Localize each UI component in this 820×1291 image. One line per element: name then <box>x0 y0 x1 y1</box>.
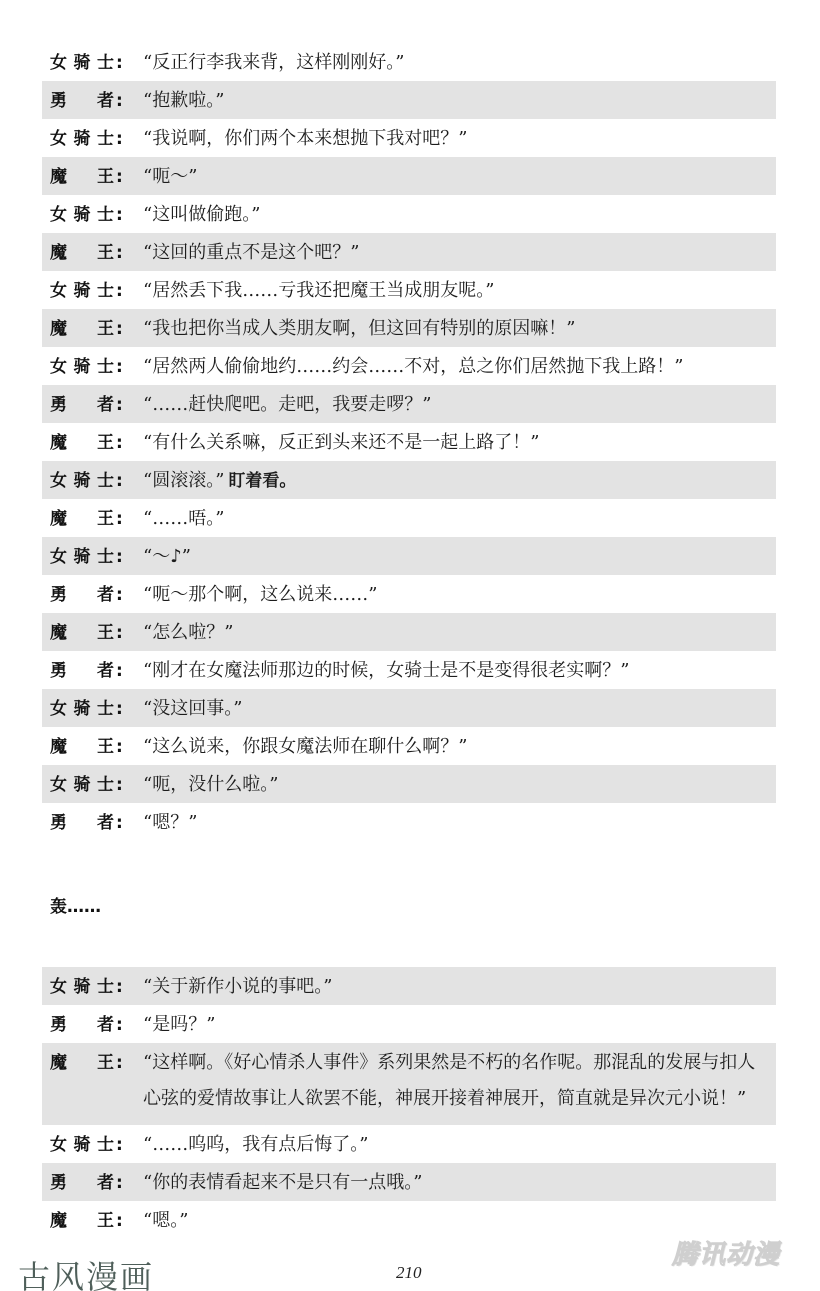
speaker-char: 士 <box>97 279 114 303</box>
speaker-char: 士 <box>97 51 114 75</box>
watermark-logo: 腾讯动漫 <box>672 1234 800 1266</box>
speaker-char: 勇 <box>50 659 67 683</box>
speaker-char: 王 <box>97 507 114 531</box>
speaker-label: 勇者: <box>42 583 143 607</box>
speaker-colon: : <box>116 127 123 151</box>
speaker-label: 勇者: <box>42 659 143 683</box>
speaker-char: 骑 <box>74 545 91 569</box>
speaker-label: 女骑士: <box>42 1133 143 1157</box>
speaker-label: 女骑士: <box>42 697 143 721</box>
speaker-char: 魔 <box>50 507 67 531</box>
speaker-colon: : <box>116 697 123 721</box>
speaker-char: 骑 <box>74 279 91 303</box>
speaker-label: 勇者: <box>42 1013 143 1037</box>
dialogue-line: “没这回事。” <box>143 697 776 721</box>
dialogue-block-2: 女骑士:“关于新作小说的事吧。”勇者:“是吗？”魔王:“这样啊。《好心情杀人事件… <box>42 967 776 1239</box>
speaker-name: 魔王 <box>50 431 114 455</box>
speaker-char: 士 <box>97 203 114 227</box>
speaker-colon: : <box>116 241 123 265</box>
speaker-colon: : <box>116 1051 123 1075</box>
dialogue-line: “～♪” <box>143 545 776 569</box>
speaker-colon: : <box>116 393 123 417</box>
speaker-name: 女骑士 <box>50 975 114 999</box>
speaker-char: 者 <box>97 1171 114 1195</box>
dialogue-text: “你的表情看起来不是只有一点哦。” <box>143 1172 422 1193</box>
dialogue-line: “嗯？” <box>143 811 776 835</box>
speaker-colon: : <box>116 431 123 455</box>
speaker-name: 魔王 <box>50 735 114 759</box>
speaker-char: 者 <box>97 811 114 835</box>
speaker-label: 勇者: <box>42 1171 143 1195</box>
speaker-char: 魔 <box>50 165 67 189</box>
dialogue-line: “这叫做偷跑。” <box>143 203 776 227</box>
speaker-char: 女 <box>50 355 67 379</box>
dialogue-row: 女骑士:“居然丢下我……亏我还把魔王当成朋友呢。” <box>42 271 776 309</box>
dialogue-line: “反正行李我来背，这样刚刚好。” <box>143 51 776 75</box>
speaker-char: 勇 <box>50 811 67 835</box>
speaker-name: 魔王 <box>50 507 114 531</box>
speaker-label: 勇者: <box>42 393 143 417</box>
speaker-colon: : <box>116 975 123 999</box>
speaker-name: 魔王 <box>50 1209 114 1233</box>
dialogue-line: “呃，没什么啦。” <box>143 773 776 797</box>
speaker-label: 勇者: <box>42 811 143 835</box>
dialogue-text: “居然两人偷偷地约……约会……不对，总之你们居然抛下我上路！” <box>143 356 683 377</box>
dialogue-line: “圆滚滚。”盯着看。 <box>143 469 776 493</box>
speaker-char: 女 <box>50 203 67 227</box>
speaker-name: 女骑士 <box>50 355 114 379</box>
dialogue-text: “刚才在女魔法师那边的时候，女骑士是不是变得很老实啊？” <box>143 660 629 681</box>
speaker-name: 勇者 <box>50 1013 114 1037</box>
dialogue-row: 勇者:“你的表情看起来不是只有一点哦。” <box>42 1163 776 1201</box>
speaker-char: 王 <box>97 165 114 189</box>
dialogue-text: “这样啊。《好心情杀人事件》系列果然是不朽的名作呢。那混乱的发展与扣人心弦的爱情… <box>143 1052 755 1109</box>
speaker-char: 王 <box>97 621 114 645</box>
speaker-char: 女 <box>50 975 67 999</box>
speaker-char: 王 <box>97 735 114 759</box>
speaker-char: 骑 <box>74 697 91 721</box>
dialogue-text: “没这回事。” <box>143 698 242 719</box>
speaker-char: 女 <box>50 697 67 721</box>
speaker-colon: : <box>116 1013 123 1037</box>
speaker-char: 骑 <box>74 975 91 999</box>
speaker-colon: : <box>116 1171 123 1195</box>
speaker-label: 女骑士: <box>42 975 143 999</box>
speaker-colon: : <box>116 621 123 645</box>
speaker-char: 士 <box>97 697 114 721</box>
dialogue-text: “这回的重点不是这个吧？” <box>143 242 359 263</box>
speaker-name: 魔王 <box>50 1051 114 1075</box>
speaker-char: 士 <box>97 469 114 493</box>
speaker-char: 女 <box>50 279 67 303</box>
dialogue-text: “有什么关系嘛，反正到头来还不是一起上路了！” <box>143 432 539 453</box>
dialogue-line: “是吗？” <box>143 1013 776 1037</box>
dialogue-row: 女骑士:“圆滚滚。”盯着看。 <box>42 461 776 499</box>
dialogue-row: 女骑士:“居然两人偷偷地约……约会……不对，总之你们居然抛下我上路！” <box>42 347 776 385</box>
dialogue-text: “反正行李我来背，这样刚刚好。” <box>143 52 404 73</box>
dialogue-text: “呃～那个啊，这么说来……” <box>143 584 377 605</box>
speaker-label: 魔王: <box>42 735 143 759</box>
speaker-char: 王 <box>97 317 114 341</box>
dialogue-text: “……唔。” <box>143 508 224 529</box>
speaker-colon: : <box>116 773 123 797</box>
speaker-char: 王 <box>97 1051 114 1075</box>
dialogue-row: 魔王:“这么说来，你跟女魔法师在聊什么啊？” <box>42 727 776 765</box>
speaker-label: 女骑士: <box>42 355 143 379</box>
dialogue-row: 勇者:“……赶快爬吧。走吧，我要走啰？” <box>42 385 776 423</box>
dialogue-row: 勇者:“是吗？” <box>42 1005 776 1043</box>
speaker-char: 者 <box>97 89 114 113</box>
dialogue-row: 魔王:“这回的重点不是这个吧？” <box>42 233 776 271</box>
speaker-char: 魔 <box>50 735 67 759</box>
speaker-char: 魔 <box>50 1051 67 1075</box>
speaker-label: 魔王: <box>42 431 143 455</box>
speaker-char: 骑 <box>74 51 91 75</box>
dialogue-text: “～♪” <box>143 546 191 567</box>
dialogue-text: “居然丢下我……亏我还把魔王当成朋友呢。” <box>143 280 494 301</box>
dialogue-line: “抱歉啦。” <box>143 89 776 113</box>
narration-text: 轰…… <box>42 841 776 967</box>
page-number: 210 <box>396 1263 422 1283</box>
speaker-char: 勇 <box>50 89 67 113</box>
speaker-colon: : <box>116 507 123 531</box>
speaker-colon: : <box>116 1209 123 1233</box>
speaker-name: 女骑士 <box>50 1133 114 1157</box>
document-page: 女骑士:“反正行李我来背，这样刚刚好。”勇者:“抱歉啦。”女骑士:“我说啊，你们… <box>42 43 776 1239</box>
dialogue-line: “嗯。” <box>143 1209 776 1233</box>
dialogue-row: 女骑士:“……呜呜，我有点后悔了。” <box>42 1125 776 1163</box>
speaker-colon: : <box>116 583 123 607</box>
speaker-char: 魔 <box>50 241 67 265</box>
dialogue-row: 女骑士:“没这回事。” <box>42 689 776 727</box>
speaker-char: 士 <box>97 127 114 151</box>
speaker-char: 女 <box>50 51 67 75</box>
speaker-char: 士 <box>97 355 114 379</box>
speaker-char: 女 <box>50 545 67 569</box>
speaker-name: 女骑士 <box>50 773 114 797</box>
dialogue-row: 女骑士:“我说啊，你们两个本来想抛下我对吧？” <box>42 119 776 157</box>
speaker-char: 士 <box>97 1133 114 1157</box>
speaker-char: 王 <box>97 431 114 455</box>
speaker-colon: : <box>116 89 123 113</box>
speaker-char: 者 <box>97 659 114 683</box>
speaker-char: 女 <box>50 1133 67 1157</box>
speaker-colon: : <box>116 317 123 341</box>
dialogue-line: “刚才在女魔法师那边的时候，女骑士是不是变得很老实啊？” <box>143 659 776 683</box>
dialogue-text: “……赶快爬吧。走吧，我要走啰？” <box>143 394 431 415</box>
dialogue-line: “关于新作小说的事吧。” <box>143 975 776 999</box>
dialogue-line: “居然两人偷偷地约……约会……不对，总之你们居然抛下我上路！” <box>143 355 776 379</box>
speaker-char: 女 <box>50 127 67 151</box>
speaker-label: 女骑士: <box>42 469 143 493</box>
dialogue-line: “这回的重点不是这个吧？” <box>143 241 776 265</box>
speaker-name: 勇者 <box>50 659 114 683</box>
dialogue-row: 勇者:“呃～那个啊，这么说来……” <box>42 575 776 613</box>
dialogue-line: “我说啊，你们两个本来想抛下我对吧？” <box>143 127 776 151</box>
dialogue-row: 女骑士:“～♪” <box>42 537 776 575</box>
speaker-char: 女 <box>50 469 67 493</box>
speaker-char: 勇 <box>50 1013 67 1037</box>
speaker-colon: : <box>116 355 123 379</box>
speaker-char: 骑 <box>74 355 91 379</box>
speaker-char: 骑 <box>74 469 91 493</box>
speaker-char: 骑 <box>74 127 91 151</box>
speaker-name: 女骑士 <box>50 51 114 75</box>
dialogue-text: “怎么啦？” <box>143 622 233 643</box>
brand-logo: 古风漫画 <box>18 1252 154 1291</box>
speaker-char: 者 <box>97 393 114 417</box>
dialogue-text: “嗯。” <box>143 1210 188 1231</box>
speaker-label: 女骑士: <box>42 545 143 569</box>
speaker-colon: : <box>116 735 123 759</box>
dialogue-text: “我也把你当成人类朋友啊，但这回有特别的原因嘛！” <box>143 318 575 339</box>
speaker-char: 王 <box>97 241 114 265</box>
speaker-label: 魔王: <box>42 1209 143 1233</box>
speaker-label: 女骑士: <box>42 773 143 797</box>
dialogue-text: “这叫做偷跑。” <box>143 204 260 225</box>
dialogue-line: “……呜呜，我有点后悔了。” <box>143 1133 776 1157</box>
dialogue-text: “这么说来，你跟女魔法师在聊什么啊？” <box>143 736 467 757</box>
speaker-colon: : <box>116 545 123 569</box>
speaker-colon: : <box>116 165 123 189</box>
speaker-char: 魔 <box>50 1209 67 1233</box>
dialogue-text: “嗯？” <box>143 812 197 833</box>
speaker-char: 者 <box>97 1013 114 1037</box>
speaker-name: 勇者 <box>50 1171 114 1195</box>
dialogue-row: 魔王:“怎么啦？” <box>42 613 776 651</box>
speaker-name: 女骑士 <box>50 697 114 721</box>
dialogue-row: 勇者:“抱歉啦。” <box>42 81 776 119</box>
dialogue-line: “居然丢下我……亏我还把魔王当成朋友呢。” <box>143 279 776 303</box>
speaker-name: 魔王 <box>50 165 114 189</box>
speaker-name: 勇者 <box>50 393 114 417</box>
emphasis-text: 盯着看。 <box>228 471 296 491</box>
speaker-name: 魔王 <box>50 621 114 645</box>
dialogue-text: “……呜呜，我有点后悔了。” <box>143 1134 368 1155</box>
dialogue-row: 魔王:“有什么关系嘛，反正到头来还不是一起上路了！” <box>42 423 776 461</box>
dialogue-row: 勇者:“嗯？” <box>42 803 776 841</box>
speaker-colon: : <box>116 659 123 683</box>
speaker-label: 魔王: <box>42 621 143 645</box>
speaker-label: 女骑士: <box>42 127 143 151</box>
speaker-label: 女骑士: <box>42 51 143 75</box>
speaker-char: 士 <box>97 773 114 797</box>
dialogue-line: “这样啊。《好心情杀人事件》系列果然是不朽的名作呢。那混乱的发展与扣人心弦的爱情… <box>143 1045 776 1117</box>
speaker-char: 魔 <box>50 317 67 341</box>
speaker-colon: : <box>116 203 123 227</box>
speaker-name: 魔王 <box>50 317 114 341</box>
dialogue-line: “怎么啦？” <box>143 621 776 645</box>
dialogue-row: 女骑士:“反正行李我来背，这样刚刚好。” <box>42 43 776 81</box>
speaker-name: 女骑士 <box>50 469 114 493</box>
speaker-char: 骑 <box>74 773 91 797</box>
speaker-label: 魔王: <box>42 241 143 265</box>
speaker-label: 魔王: <box>42 317 143 341</box>
dialogue-row: 魔王:“……唔。” <box>42 499 776 537</box>
speaker-name: 勇者 <box>50 89 114 113</box>
dialogue-line: “呃～那个啊，这么说来……” <box>143 583 776 607</box>
dialogue-line: “你的表情看起来不是只有一点哦。” <box>143 1171 776 1195</box>
speaker-char: 女 <box>50 773 67 797</box>
dialogue-row: 勇者:“刚才在女魔法师那边的时候，女骑士是不是变得很老实啊？” <box>42 651 776 689</box>
speaker-char: 骑 <box>74 1133 91 1157</box>
dialogue-row: 女骑士:“这叫做偷跑。” <box>42 195 776 233</box>
speaker-colon: : <box>116 279 123 303</box>
speaker-name: 魔王 <box>50 241 114 265</box>
dialogue-row: 女骑士:“呃，没什么啦。” <box>42 765 776 803</box>
dialogue-line: “这么说来，你跟女魔法师在聊什么啊？” <box>143 735 776 759</box>
dialogue-text: “关于新作小说的事吧。” <box>143 976 332 997</box>
dialogue-text: “是吗？” <box>143 1014 215 1035</box>
speaker-char: 勇 <box>50 393 67 417</box>
speaker-label: 女骑士: <box>42 203 143 227</box>
speaker-label: 魔王: <box>42 1051 143 1075</box>
speaker-char: 勇 <box>50 1171 67 1195</box>
speaker-label: 女骑士: <box>42 279 143 303</box>
speaker-char: 骑 <box>74 203 91 227</box>
speaker-label: 魔王: <box>42 165 143 189</box>
dialogue-row: 魔王:“嗯。” <box>42 1201 776 1239</box>
dialogue-row: 女骑士:“关于新作小说的事吧。” <box>42 967 776 1005</box>
speaker-char: 魔 <box>50 431 67 455</box>
speaker-name: 勇者 <box>50 583 114 607</box>
dialogue-row: 魔王:“这样啊。《好心情杀人事件》系列果然是不朽的名作呢。那混乱的发展与扣人心弦… <box>42 1043 776 1125</box>
dialogue-row: 魔王:“我也把你当成人类朋友啊，但这回有特别的原因嘛！” <box>42 309 776 347</box>
dialogue-block-1: 女骑士:“反正行李我来背，这样刚刚好。”勇者:“抱歉啦。”女骑士:“我说啊，你们… <box>42 43 776 841</box>
speaker-char: 王 <box>97 1209 114 1233</box>
speaker-name: 女骑士 <box>50 545 114 569</box>
speaker-name: 女骑士 <box>50 279 114 303</box>
speaker-name: 勇者 <box>50 811 114 835</box>
speaker-colon: : <box>116 1133 123 1157</box>
dialogue-line: “我也把你当成人类朋友啊，但这回有特别的原因嘛！” <box>143 317 776 341</box>
dialogue-line: “呃～” <box>143 165 776 189</box>
speaker-char: 士 <box>97 545 114 569</box>
speaker-char: 魔 <box>50 621 67 645</box>
dialogue-line: “……唔。” <box>143 507 776 531</box>
dialogue-text: “抱歉啦。” <box>143 90 224 111</box>
dialogue-line: “有什么关系嘛，反正到头来还不是一起上路了！” <box>143 431 776 455</box>
dialogue-text: “呃，没什么啦。” <box>143 774 278 795</box>
dialogue-row: 魔王:“呃～” <box>42 157 776 195</box>
speaker-colon: : <box>116 51 123 75</box>
speaker-char: 士 <box>97 975 114 999</box>
speaker-label: 勇者: <box>42 89 143 113</box>
speaker-colon: : <box>116 469 123 493</box>
speaker-colon: : <box>116 811 123 835</box>
dialogue-text: “圆滚滚。” <box>143 470 224 491</box>
dialogue-line: “……赶快爬吧。走吧，我要走啰？” <box>143 393 776 417</box>
speaker-label: 魔王: <box>42 507 143 531</box>
speaker-char: 者 <box>97 583 114 607</box>
dialogue-text: “我说啊，你们两个本来想抛下我对吧？” <box>143 128 467 149</box>
dialogue-text: “呃～” <box>143 166 197 187</box>
speaker-name: 女骑士 <box>50 127 114 151</box>
speaker-name: 女骑士 <box>50 203 114 227</box>
speaker-char: 勇 <box>50 583 67 607</box>
